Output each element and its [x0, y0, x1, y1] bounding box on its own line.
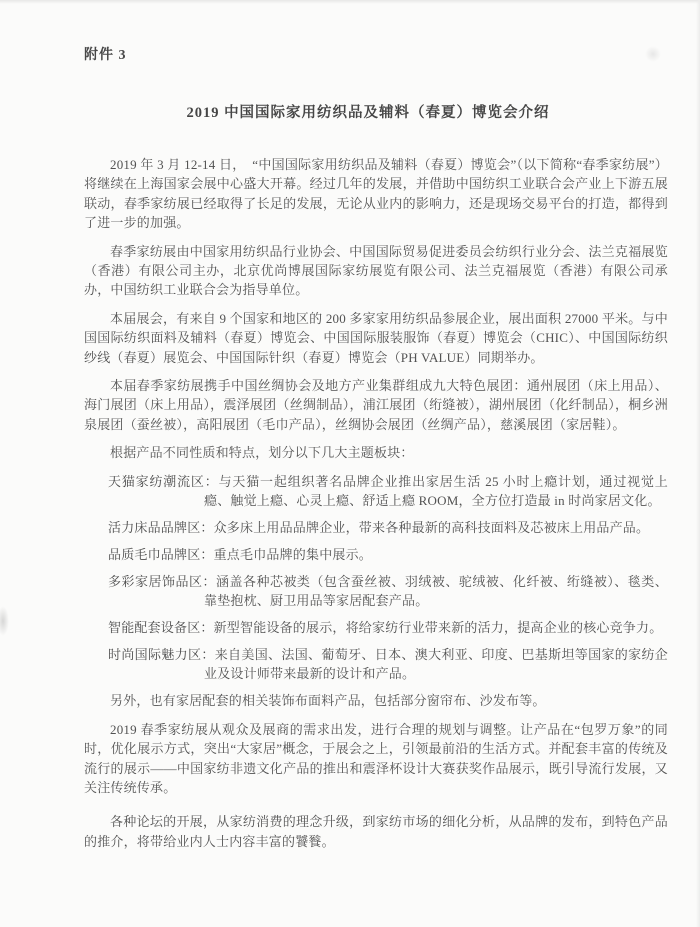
theme-block-label: 天猫家纺潮流区：	[108, 474, 219, 489]
theme-block-text: 涵盖各种芯被类（包含蚕丝被、羽绒被、驼绒被、化纤被、绗缝被）、毯类、靠垫抱枕、厨…	[204, 574, 668, 608]
document-page: 附件 3 2019 中国国际家用纺织品及辅料（春夏）博览会介绍 2019 年 3…	[0, 0, 700, 927]
theme-block-text: 众多床上用品品牌企业，带来各种最新的高科技面料及芯被床上用品产品。	[214, 520, 650, 535]
paragraph: 2019 春季家纺展从观众及展商的需求出发，进行合理的规划与调整。让产品在“包罗…	[84, 720, 668, 798]
theme-block-label: 智能配套设备区：	[108, 620, 214, 635]
theme-block-text: 重点毛巾品牌的集中展示。	[214, 547, 372, 562]
theme-block-item: 时尚国际魅力区：来自美国、法国、葡萄牙、日本、澳大利亚、印度、巴基斯坦等国家的家…	[84, 645, 668, 684]
paragraph: 春季家纺展由中国家用纺织品行业协会、中国国际贸易促进委员会纺织行业分会、法兰克福…	[84, 242, 668, 300]
theme-block-label: 多彩家居饰品区：	[108, 574, 216, 589]
attachment-label: 附件 3	[84, 44, 668, 64]
paragraph: 各种论坛的开展，从家纺消费的理念升级，到家纺市场的细化分析，从品牌的发布，到特色…	[84, 812, 668, 851]
theme-block-label: 品质毛巾品牌区：	[108, 547, 214, 562]
theme-block-item: 活力床品品牌区：众多床上用品品牌企业，带来各种最新的高科技面料及芯被床上用品产品…	[84, 518, 668, 537]
paragraph: 本届春季家纺展携手中国丝绸协会及地方产业集群组成九大特色展团：通州展团（床上用品…	[84, 376, 668, 434]
paragraph: 另外，也有家居配套的相关装饰布面料产品，包括部分窗帘布、沙发布等。	[84, 691, 668, 710]
theme-block-label: 时尚国际魅力区：	[108, 647, 215, 662]
theme-block-item: 多彩家居饰品区：涵盖各种芯被类（包含蚕丝被、羽绒被、驼绒被、化纤被、绗缝被）、毯…	[84, 572, 668, 611]
scan-edge-shadow-right	[696, 0, 700, 927]
theme-block-item: 品质毛巾品牌区：重点毛巾品牌的集中展示。	[84, 545, 668, 564]
scan-edge-shadow-top	[0, 0, 700, 4]
page-title: 2019 中国国际家用纺织品及辅料（春夏）博览会介绍	[84, 101, 652, 122]
paragraph: 本届展会，有来自 9 个国家和地区的 200 多家家用纺织品参展企业，展出面积 …	[84, 309, 668, 367]
theme-block-item: 智能配套设备区：新型智能设备的展示，将给家纺行业带来新的活力，提高企业的核心竞争…	[84, 618, 668, 637]
theme-block-label: 活力床品品牌区：	[108, 520, 214, 535]
scan-smudge	[645, 46, 661, 62]
theme-block-text: 新型智能设备的展示，将给家纺行业带来新的活力，提高企业的核心竞争力。	[214, 620, 663, 635]
section-intro: 根据产品不同性质和特点，划分以下几大主题板块：	[84, 443, 668, 462]
paragraph: 2019 年 3 月 12-14 日， “中国国际家用纺织品及辅料（春夏）博览会…	[84, 155, 668, 233]
theme-block-text: 来自美国、法国、葡萄牙、日本、澳大利亚、印度、巴基斯坦等国家的家纺企业及设计师带…	[204, 647, 668, 681]
scan-smudge	[0, 606, 9, 636]
theme-block-item: 天猫家纺潮流区：与天猫一起组织著名品牌企业推出家居生活 25 小时上瘾计划，通过…	[84, 472, 668, 511]
document-body: 2019 年 3 月 12-14 日， “中国国际家用纺织品及辅料（春夏）博览会…	[84, 155, 668, 851]
theme-block-text: 与天猫一起组织著名品牌企业推出家居生活 25 小时上瘾计划，通过视觉上瘾、触觉上…	[204, 474, 668, 508]
